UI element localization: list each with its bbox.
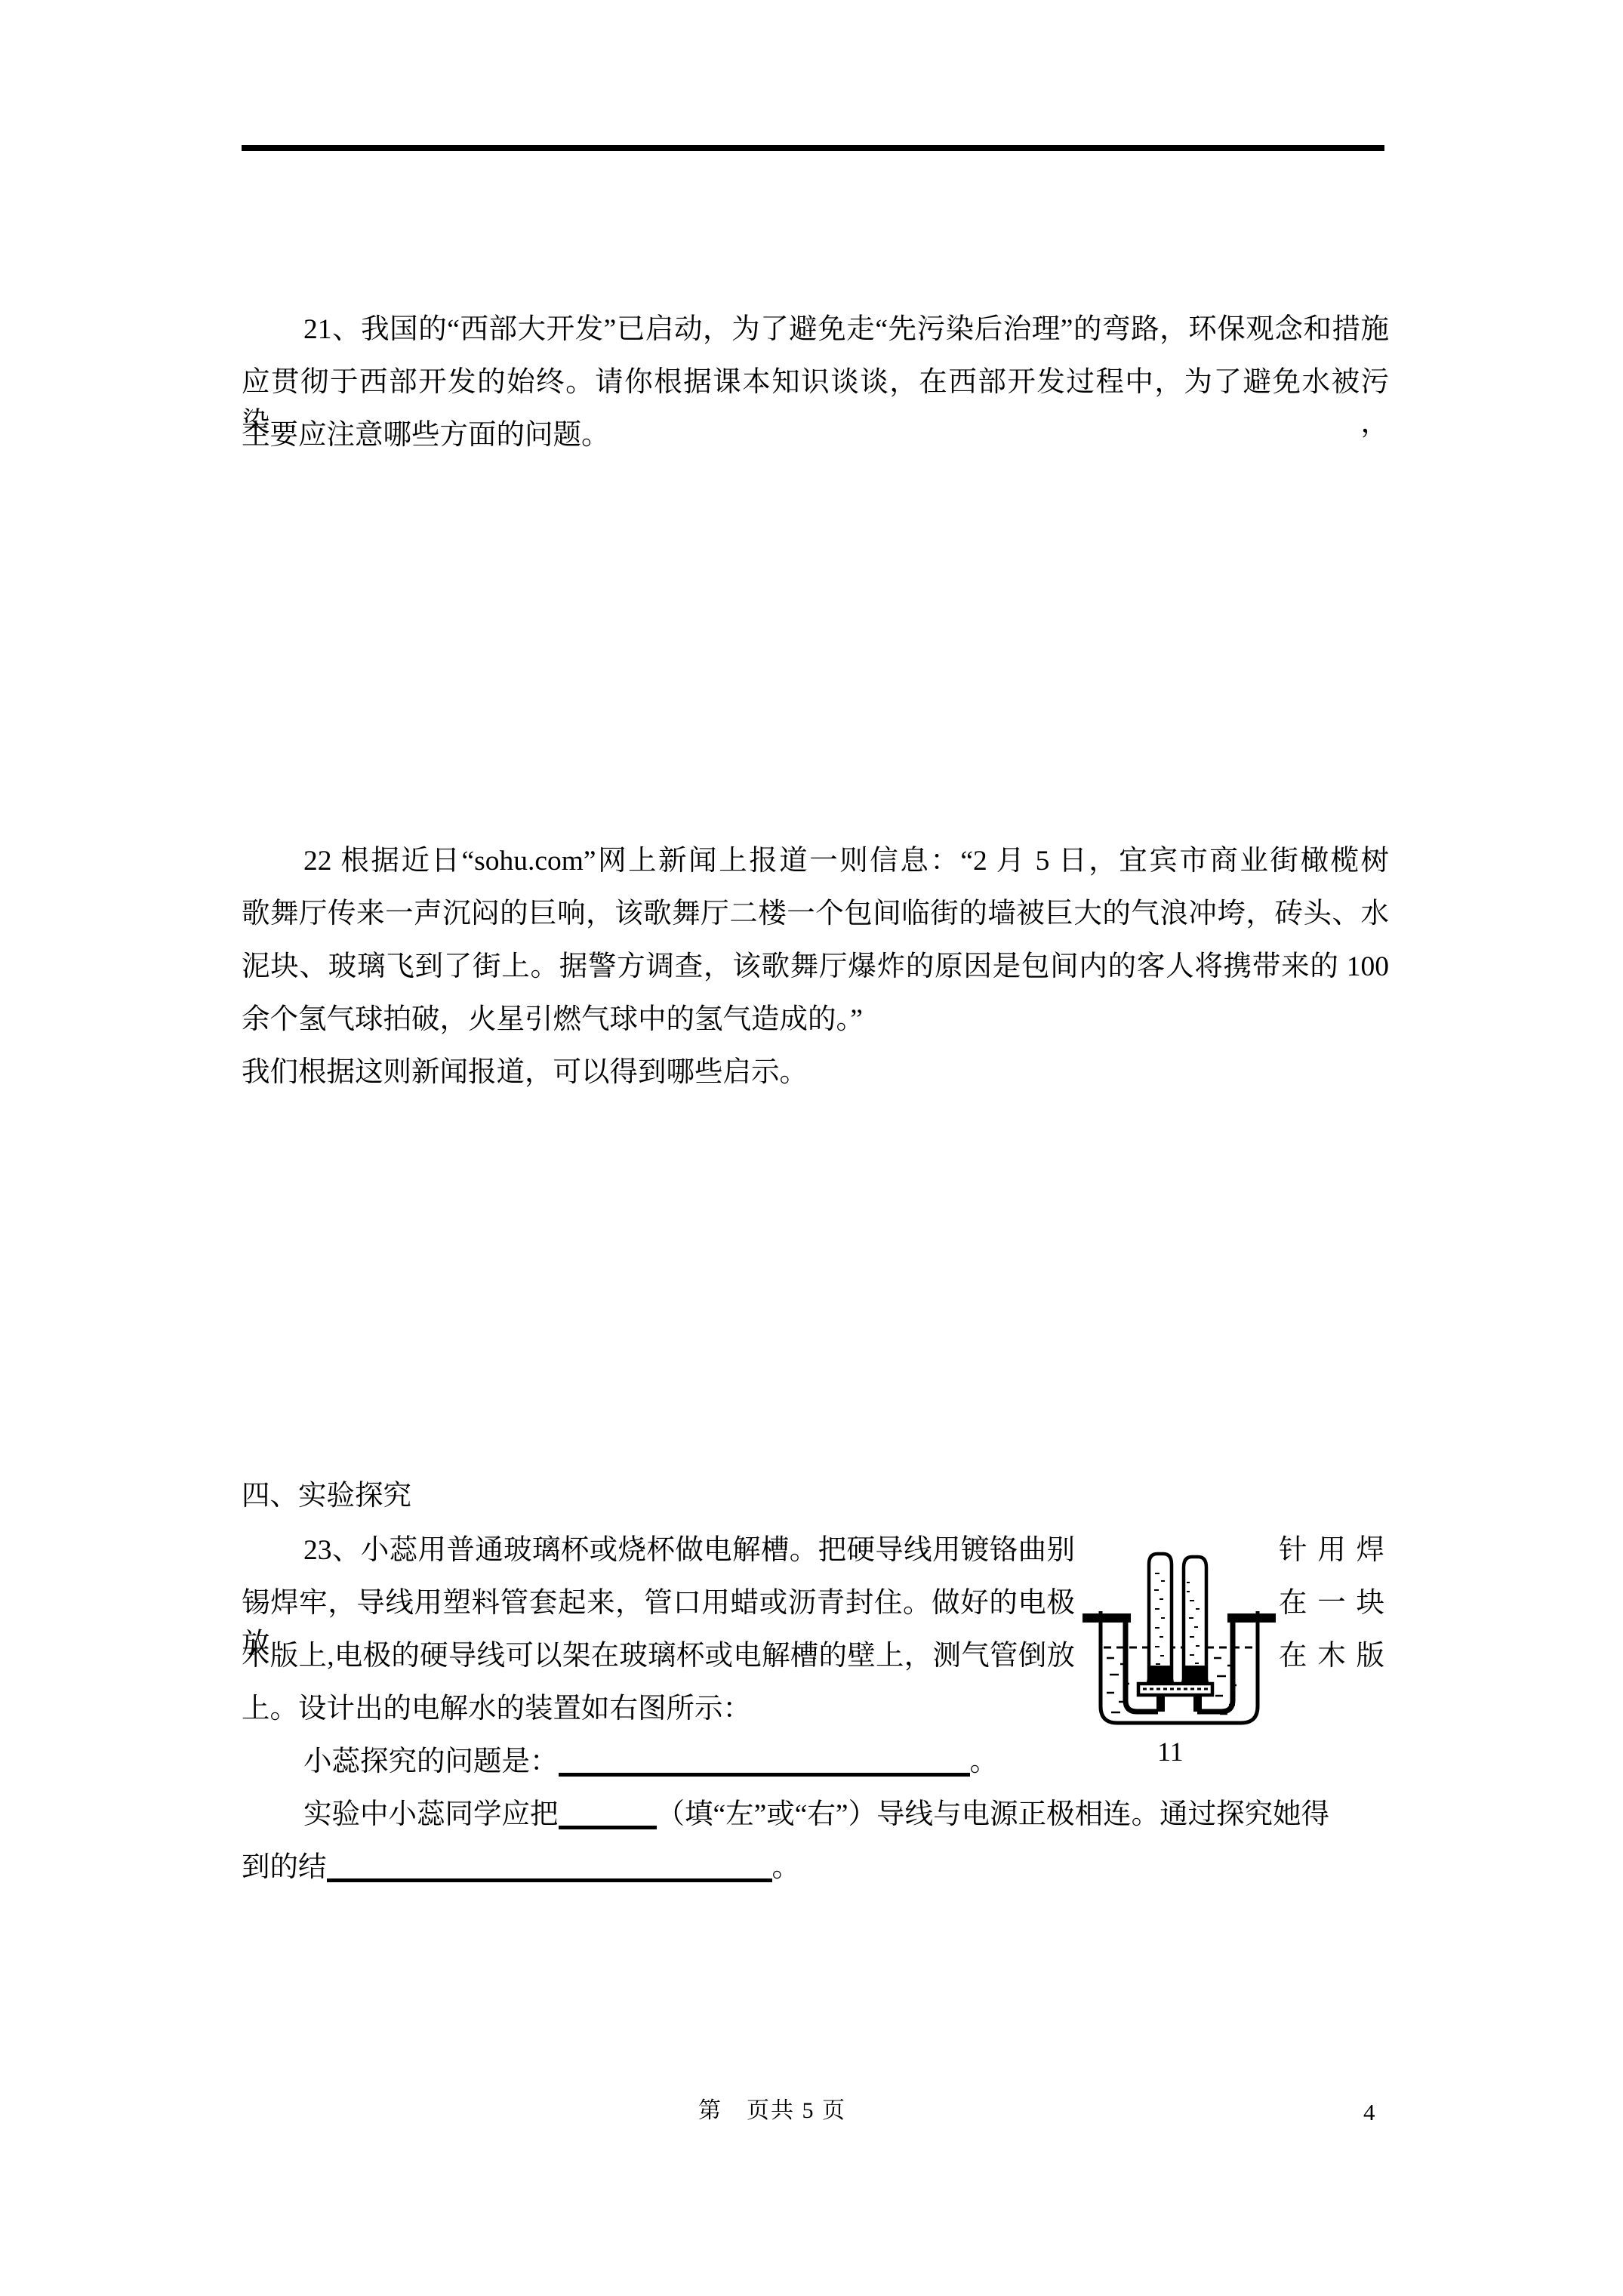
q23-line-3: 木版上,电极的硬导线可以架在玻璃杯或电解槽的壁上，测气管倒放 [242,1636,1075,1677]
q23-fill-line-3-prefix: 到的结 [242,1852,327,1883]
q22-line-5: 我们根据这则新闻报道，可以得到哪些启示。 [242,1052,808,1093]
q23-fill-line-1-suffix: 。 [970,1746,999,1777]
q21-line-3: 主要应注意哪些方面的问题。 [242,415,610,456]
q22-line-1: 22 根据近日“sohu.com”网上新闻上报道一则信息：“2 月 5 日，宜宾… [303,841,1389,882]
q23-fill-line-1-prefix: 小蕊探究的问题是： [303,1746,559,1777]
q22-line-4: 余个氢气球拍破，火星引燃气球中的氢气造成的。” [242,1000,863,1040]
fill-blank-question [559,1744,970,1777]
q23-side-fragment-2: 在一块 [1279,1583,1384,1624]
q22-line-3: 泥块、玻璃飞到了街上。据警方调查，该歌舞厅爆炸的原因是包间内的客人将携带来的 1… [242,947,1389,988]
q23-fill-line-2-prefix: 实验中小蕊同学应把 [303,1799,559,1830]
q23-fill-line-3: 到的结。 [242,1848,800,1888]
q21-line-1: 21、我国的“西部大开发”已启动，为了避免走“先污染后治理”的弯路，环保观念和措… [303,310,1389,350]
wire-right [1197,1618,1276,1712]
wood-board [1138,1684,1212,1695]
footer-page-number: 4 [1363,2099,1375,2126]
board-support-right [1193,1695,1202,1712]
test-tube-left [1149,1554,1172,1685]
q23-line-4: 上。设计出的电解水的装置如右图所示： [242,1689,751,1730]
q23-fill-line-2: 实验中小蕊同学应把（填“左”或“右”）导线与电源正极相连。通过探究她得 [303,1795,1329,1835]
footer-page-text: 第 页共 5 页 [698,2097,846,2125]
q23-side-fragment-1: 针用焊 [1279,1530,1384,1571]
page-top-rule [242,145,1384,151]
q23-fill-line-1: 小蕊探究的问题是：。 [303,1742,998,1783]
figure-label: 11 [1157,1737,1184,1767]
q23-fill-line-2-suffix: （填“左”或“右”）导线与电源正极相连。通过探究她得 [657,1799,1330,1830]
fill-blank-conclusion [327,1850,772,1882]
q23-line-1: 23、小蕊用普通玻璃杯或烧杯做电解槽。把硬导线用镀铬曲别 [303,1530,1075,1571]
fill-blank-left-right [559,1797,657,1829]
q23-side-fragment-3: 在木版 [1279,1636,1384,1677]
section4-heading: 四、实验探究 [242,1476,411,1517]
board-support-left [1156,1695,1165,1712]
q22-line-2: 歌舞厅传来一声沉闷的巨响，该歌舞厅二楼一个包间临街的墙被巨大的气浪冲垮，砖头、水 [242,894,1389,935]
electrolysis-apparatus-figure [1081,1537,1277,1734]
q23-fill-line-3-suffix: 。 [772,1852,801,1883]
